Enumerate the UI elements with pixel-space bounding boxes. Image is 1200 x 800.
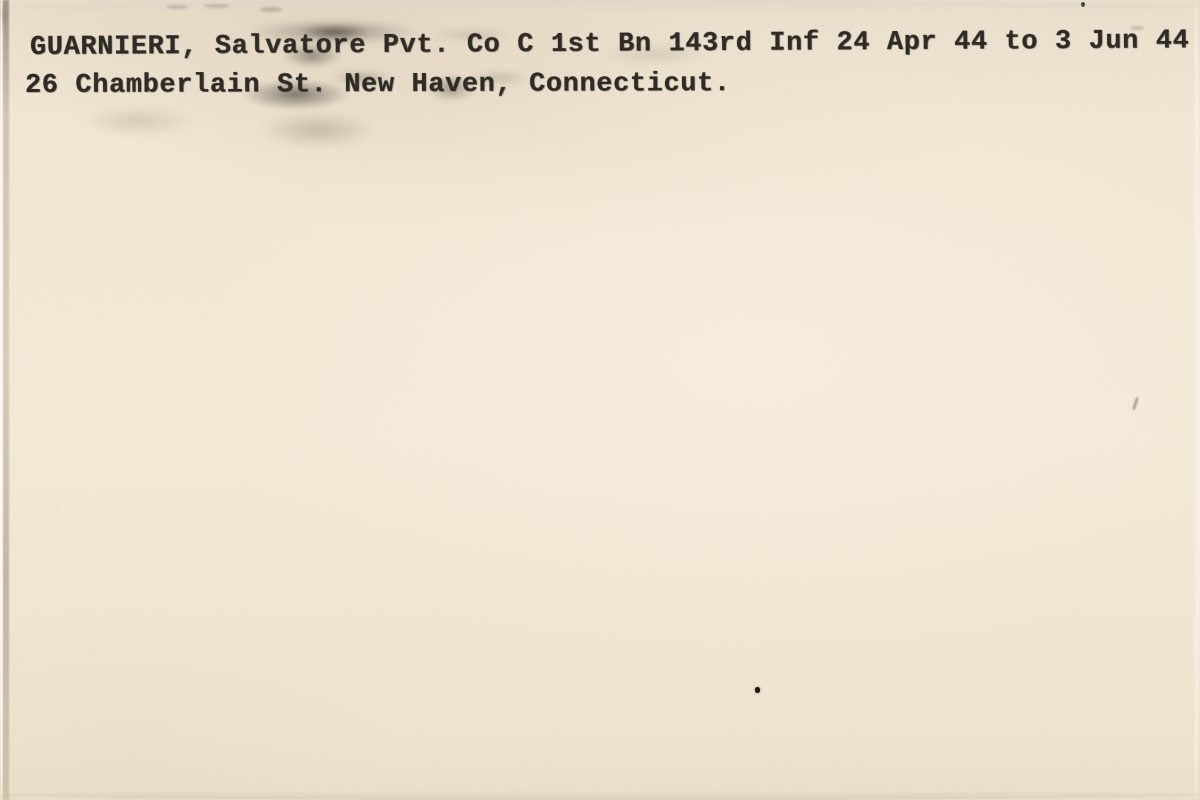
ink-dot bbox=[1081, 2, 1085, 7]
scanned-index-card: GUARNIERI, Salvatore Pvt. Co C 1st Bn 14… bbox=[0, 0, 1200, 800]
scan-right-edge bbox=[1192, 0, 1200, 800]
ink-speck bbox=[260, 7, 282, 12]
scan-top-edge bbox=[0, 0, 1200, 14]
scan-top-left-corner bbox=[0, 0, 16, 52]
scan-bottom-edge bbox=[0, 790, 1200, 800]
scan-left-edge-shadow bbox=[3, 0, 9, 800]
paper-grain-texture bbox=[0, 0, 1200, 800]
ink-speck bbox=[204, 4, 230, 8]
ink-speck bbox=[166, 5, 188, 9]
pencil-mark bbox=[1132, 397, 1139, 410]
ink-smudge bbox=[82, 106, 194, 136]
ink-smudge bbox=[260, 112, 376, 148]
card-line-address: 26 Chamberlain St. New Haven, Connecticu… bbox=[25, 71, 731, 100]
card-line-service-record: GUARNIERI, Salvatore Pvt. Co C 1st Bn 14… bbox=[30, 28, 1190, 62]
scan-left-edge-strip bbox=[0, 0, 3, 800]
ink-dot bbox=[755, 687, 760, 693]
